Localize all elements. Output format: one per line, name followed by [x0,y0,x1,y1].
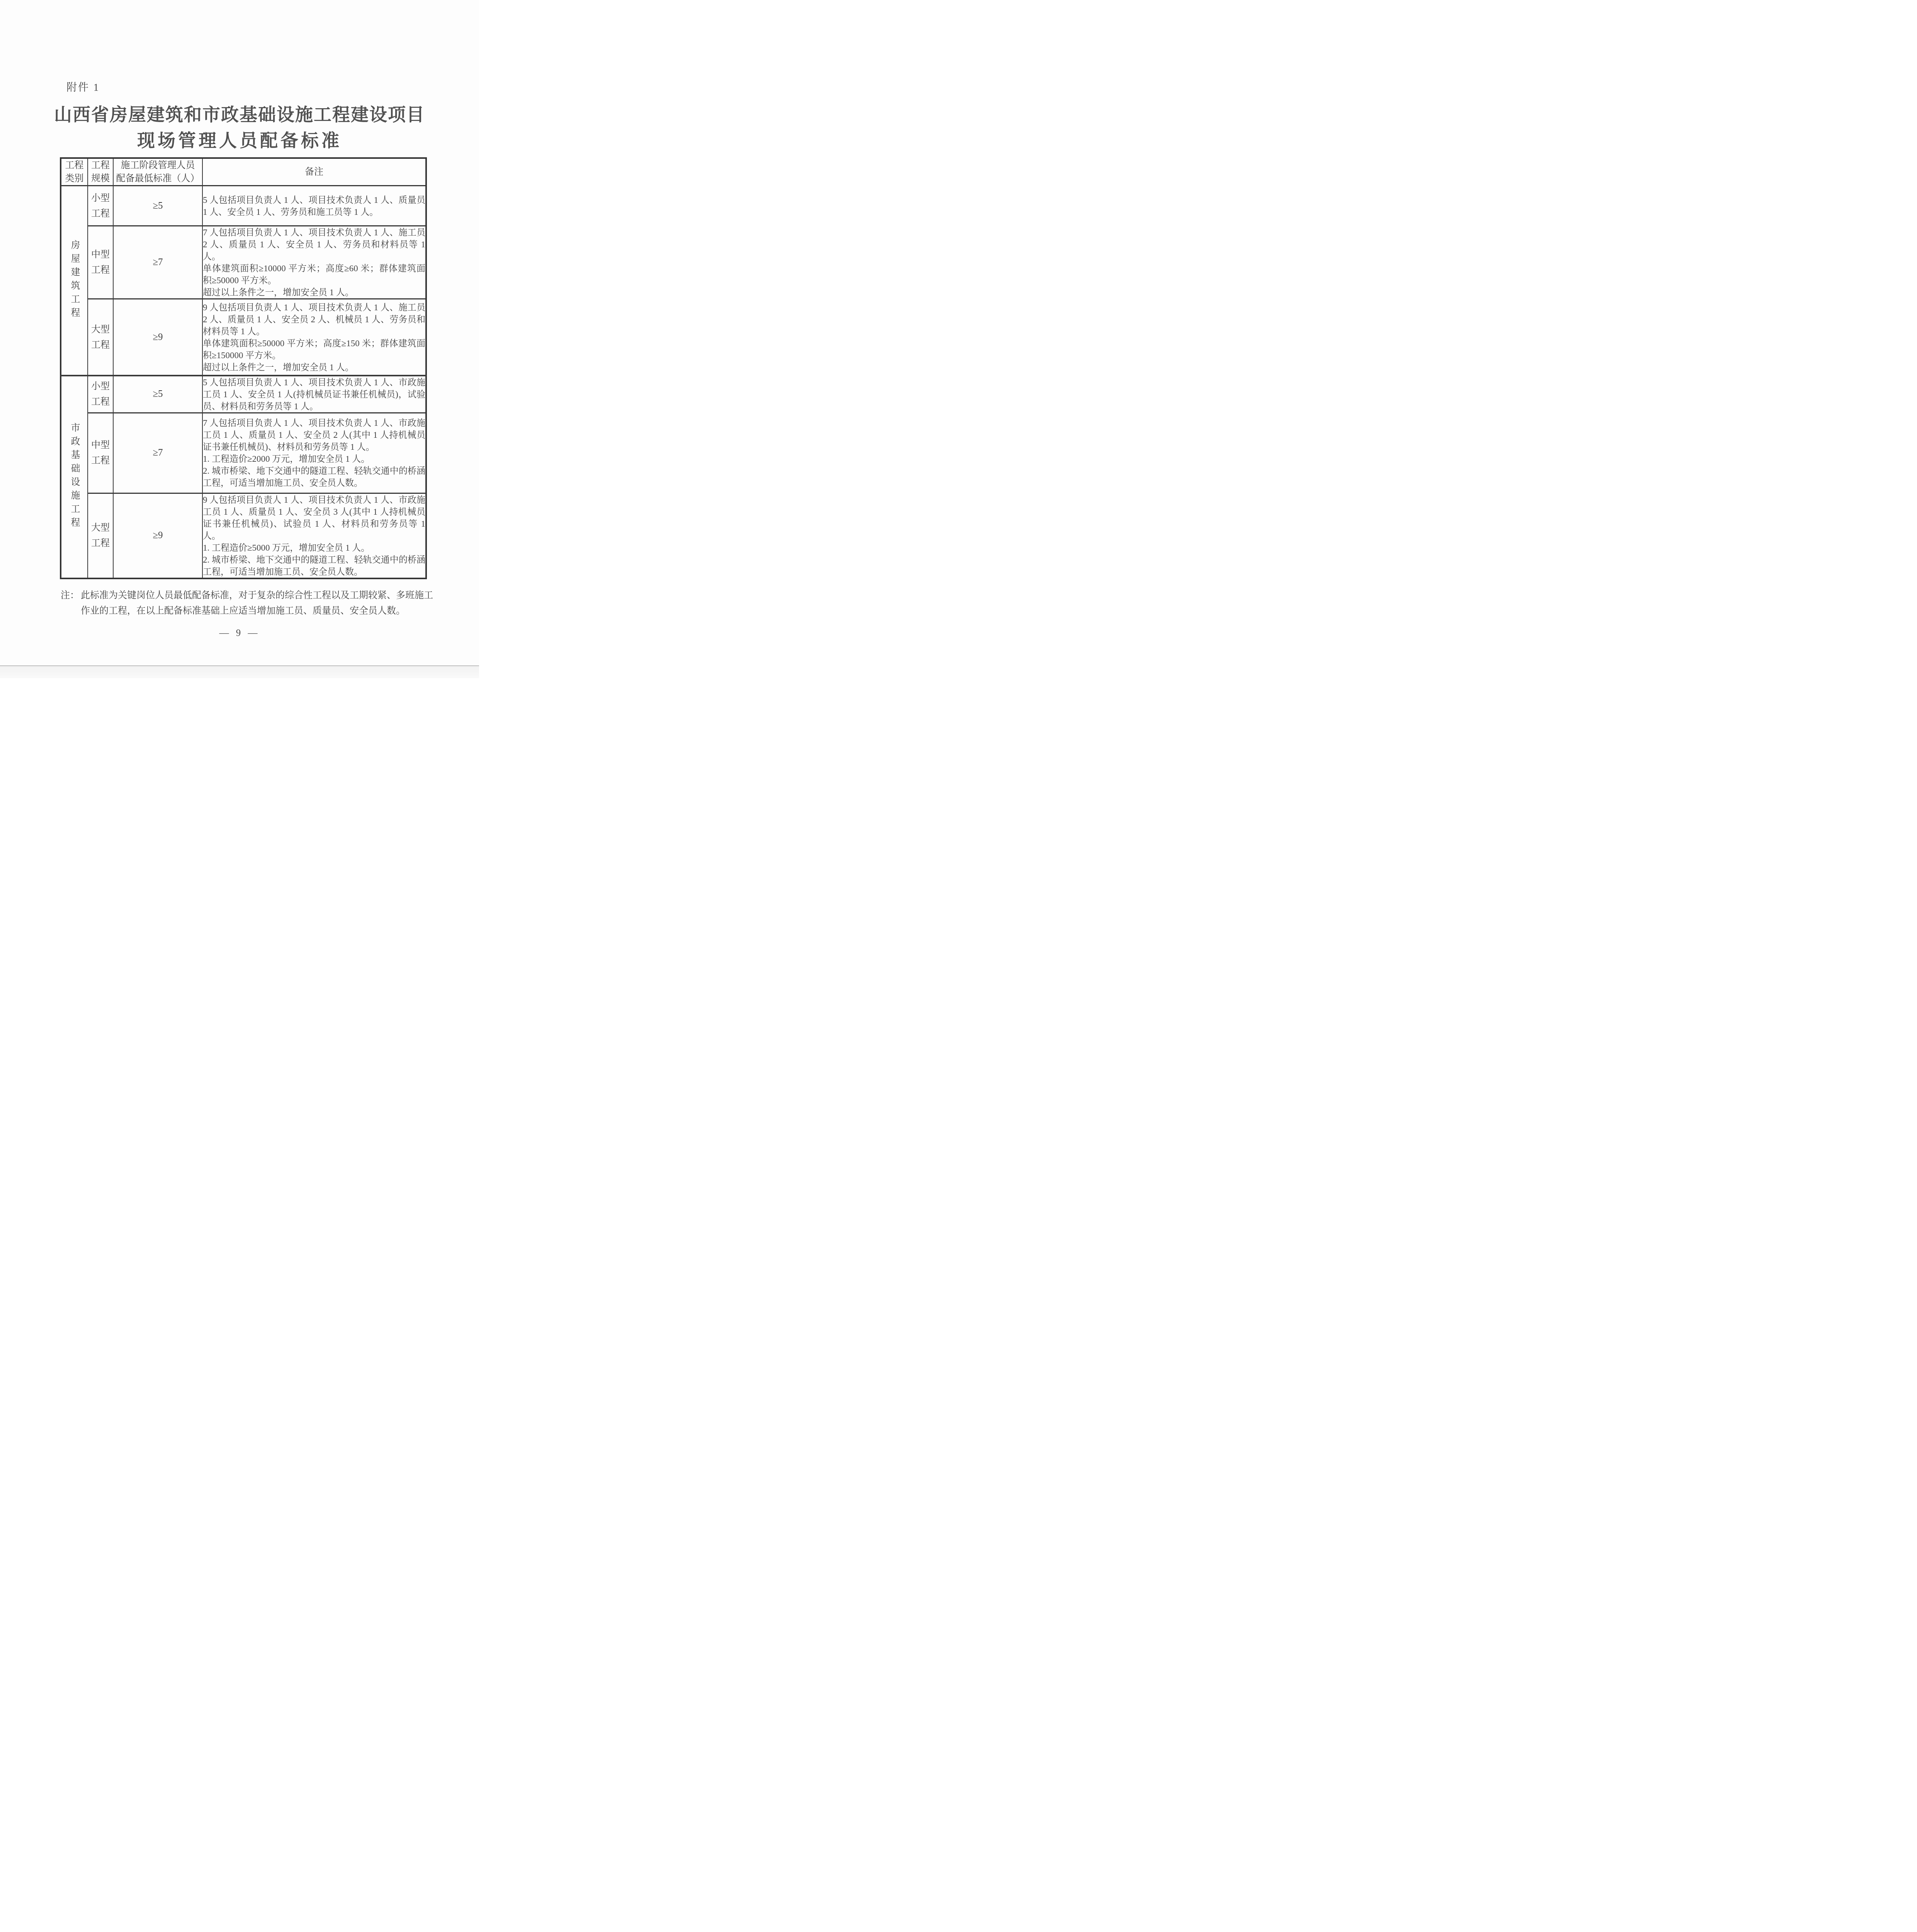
note-text: 此标准为关键岗位人员最低配备标准，对于复杂的综合性工程以及工期较紧、多班施工作业… [81,590,433,616]
standard-cell: ≥7 [113,226,202,299]
standard-cell: ≥9 [113,493,202,578]
standard-cell: ≥7 [113,413,202,493]
standard-cell: ≥9 [113,299,202,376]
remark-cell: 5 人包括项目负责人 1 人、项目技术负责人 1 人、质量员 1 人、安全员 1… [202,186,426,226]
standard-cell: ≥5 [113,186,202,226]
standard-cell: ≥5 [113,376,202,413]
note: 注：此标准为关键岗位人员最低配备标准，对于复杂的综合性工程以及工期较紧、多班施工… [61,588,441,619]
table-row: 大型 工程 ≥9 9 人包括项目负责人 1 人、项目技术负责人 1 人、施工员 … [61,299,426,376]
note-label: 注： [61,588,81,603]
category-cell-housing: 房屋建筑工程 [61,186,88,376]
title-line-2: 现场管理人员配备标准 [0,130,479,151]
title-line-1: 山西省房屋建筑和市政基础设施工程建设项目 [0,104,479,125]
table-row: 房屋建筑工程 小型 工程 ≥5 5 人包括项目负责人 1 人、项目技术负责人 1… [61,186,426,226]
table-row: 中型 工程 ≥7 7 人包括项目负责人 1 人、项目技术负责人 1 人、市政施工… [61,413,426,493]
scale-cell: 小型 工程 [88,376,113,413]
staffing-table: 工程 类别 工程 规模 施工阶段管理人员 配备最低标准（人） 备注 房屋建筑工程… [60,157,427,579]
remark-cell: 7 人包括项目负责人 1 人、项目技术负责人 1 人、市政施工员 1 人、质量员… [202,413,426,493]
remark-cell: 5 人包括项目负责人 1 人、项目技术负责人 1 人、市政施工员 1 人、安全员… [202,376,426,413]
header-cell-standard: 施工阶段管理人员 配备最低标准（人） [113,158,202,186]
page-number: — 9 — [0,628,479,639]
scale-cell: 大型 工程 [88,493,113,578]
table-row: 市政基础设施工程 小型 工程 ≥5 5 人包括项目负责人 1 人、项目技术负责人… [61,376,426,413]
remark-cell: 9 人包括项目负责人 1 人、项目技术负责人 1 人、施工员 2 人、质量员 1… [202,299,426,376]
scale-cell: 大型 工程 [88,299,113,376]
header-cell-remark: 备注 [202,158,426,186]
scale-cell: 小型 工程 [88,186,113,226]
table-row: 中型 工程 ≥7 7 人包括项目负责人 1 人、项目技术负责人 1 人、施工员 … [61,226,426,299]
category-cell-municipal: 市政基础设施工程 [61,376,88,578]
attachment-label: 附件 1 [66,79,479,94]
scale-cell: 中型 工程 [88,413,113,493]
header-cell-scale: 工程 规模 [88,158,113,186]
remark-cell: 7 人包括项目负责人 1 人、项目技术负责人 1 人、施工员 2 人、质量员 1… [202,226,426,299]
document-title: 山西省房屋建筑和市政基础设施工程建设项目 现场管理人员配备标准 [0,104,479,151]
remark-cell: 9 人包括项目负责人 1 人、项目技术负责人 1 人、市政施工员 1 人、质量员… [202,493,426,578]
header-cell-category: 工程 类别 [61,158,88,186]
table-row: 大型 工程 ≥9 9 人包括项目负责人 1 人、项目技术负责人 1 人、市政施工… [61,493,426,578]
table-header-row: 工程 类别 工程 规模 施工阶段管理人员 配备最低标准（人） 备注 [61,158,426,186]
scale-cell: 中型 工程 [88,226,113,299]
scan-fade-artifact [0,666,479,678]
document-page: 附件 1 山西省房屋建筑和市政基础设施工程建设项目 现场管理人员配备标准 工程 … [0,0,479,678]
